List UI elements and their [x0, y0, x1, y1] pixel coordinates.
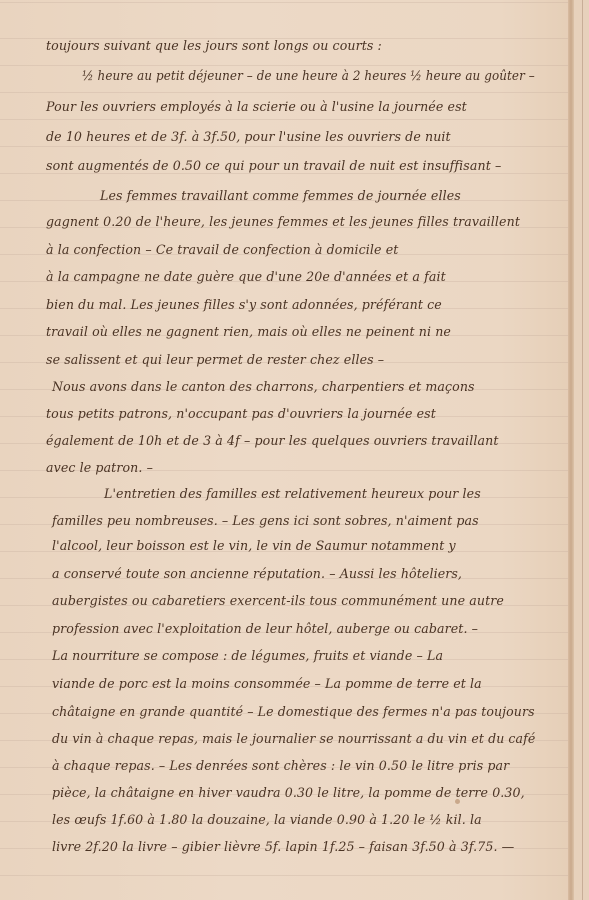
manuscript-line: familles peu nombreuses. – Les gens ici …: [52, 513, 479, 528]
manuscript-line: pièce, la châtaigne en hiver vaudra 0.30…: [52, 785, 525, 800]
manuscript-line: l'alcool, leur boisson est le vin, le vi…: [52, 538, 456, 553]
manuscript-line: profession avec l'exploitation de leur h…: [52, 621, 478, 636]
manuscript-line: Pour les ouvriers employés à la scierie …: [46, 99, 467, 114]
manuscript-line: également de 10h et de 3 à 4f – pour les…: [46, 433, 499, 448]
manuscript-line: du vin à chaque repas, mais le journalie…: [52, 731, 535, 746]
manuscript-line: livre 2f.20 la livre – gibier lièvre 5f.…: [52, 839, 514, 854]
manuscript-line: ½ heure au petit déjeuner – de une heure…: [82, 68, 535, 83]
manuscript-line: viande de porc est la moins consommée – …: [52, 676, 482, 691]
manuscript-line: aubergistes ou cabaretiers exercent-ils …: [52, 593, 504, 608]
manuscript-line: à la confection – Ce travail de confecti…: [46, 242, 398, 257]
manuscript-line: tous petits patrons, n'occupant pas d'ou…: [46, 406, 436, 421]
manuscript-line: de 10 heures et de 3f. à 3f.50, pour l'u…: [46, 129, 451, 144]
manuscript-line: châtaigne en grande quantité – Le domest…: [52, 704, 535, 719]
manuscript-line: Les femmes travaillant comme femmes de j…: [100, 188, 461, 203]
manuscript-line: bien du mal. Les jeunes filles s'y sont …: [46, 297, 442, 312]
manuscript-line: a conservé toute son ancienne réputation…: [52, 566, 462, 581]
manuscript-line: se salissent et qui leur permet de reste…: [46, 352, 384, 367]
manuscript-line: La nourriture se compose : de légumes, f…: [52, 648, 443, 663]
manuscript-line: gagnent 0.20 de l'heure, les jeunes femm…: [46, 214, 520, 229]
manuscript-line: Nous avons dans le canton des charrons, …: [52, 379, 475, 394]
manuscript-line: avec le patron. –: [46, 460, 153, 475]
manuscript-line: à chaque repas. – Les denrées sont chère…: [52, 758, 509, 773]
manuscript-line: toujours suivant que les jours sont long…: [46, 38, 382, 53]
manuscript-line: travail où elles ne gagnent rien, mais o…: [46, 324, 451, 339]
manuscript-line: les œufs 1f.60 à 1.80 la douzaine, la vi…: [52, 812, 482, 827]
manuscript-line: sont augmentés de 0.50 ce qui pour un tr…: [46, 158, 501, 173]
manuscript-line: à la campagne ne date guère que d'une 20…: [46, 269, 446, 284]
adjacent-page-edge: [574, 0, 589, 900]
paper-stain: [455, 799, 460, 804]
manuscript-page: toujours suivant que les jours sont long…: [0, 0, 589, 900]
manuscript-line: L'entretien des familles est relativemen…: [104, 486, 481, 501]
